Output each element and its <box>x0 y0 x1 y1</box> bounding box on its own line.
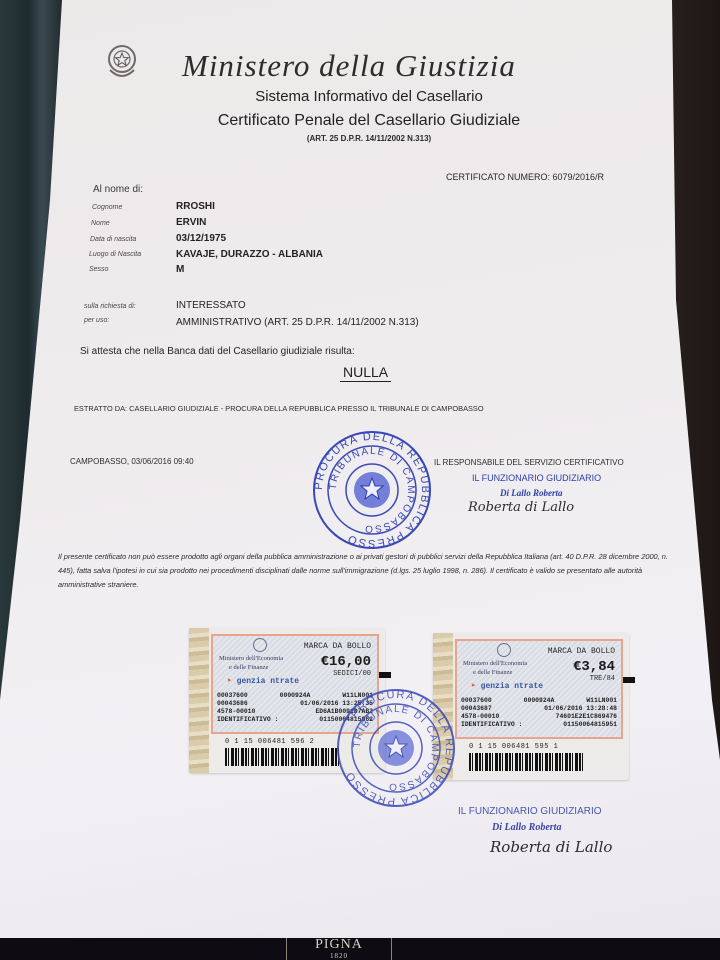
pigna-year-text: 1820 <box>287 952 391 960</box>
footer-stamp-name: Di Lallo Roberta <box>492 822 561 833</box>
stamp-marker <box>623 677 635 683</box>
agenzia-entrate-logo: ➤ genzia ntrate <box>227 676 299 686</box>
signatory-signature: Roberta di Lallo <box>468 500 574 515</box>
stamp-code: 0000924A <box>524 697 555 705</box>
revenue-stamp-amount-words: SEDICI/00 <box>333 670 371 678</box>
agency-name: genzia ntrate <box>237 677 299 686</box>
revenue-stamp-issuer: Ministero dell'Economia e delle Finanze <box>463 659 527 677</box>
revenue-stamp-issuer: Ministero dell'Economia e delle Finanze <box>219 654 283 672</box>
use-value: AMMINISTRATIVO (ART. 25 D.P.R. 14/11/200… <box>176 317 419 328</box>
pigna-notebook-label: PIGNA 1820 <box>286 938 392 960</box>
hologram-strip <box>189 628 209 773</box>
barcode <box>225 748 339 766</box>
issuer-line-2: e delle Finanze <box>463 668 527 677</box>
birth-place-label: Luogo di Nascita <box>89 251 141 258</box>
table-edge-background: PIGNA 1820 <box>0 938 720 960</box>
republic-emblem-icon <box>253 638 267 652</box>
signatory-stamp-name: Di Lallo Roberta <box>500 488 563 498</box>
stamp-code: 00043686 <box>217 700 248 708</box>
surname-value: RROSHI <box>176 201 215 212</box>
stamp-id-label: IDENTIFICATIVO : <box>461 721 522 729</box>
stamp-code: 00037600 <box>217 692 248 700</box>
barcode-number: 0 1 15 006481 596 2 <box>225 738 314 746</box>
court-seal-icon: PROCURA DELLA REPUBBLICA PRESSO TRIBUNAL… <box>310 428 434 552</box>
certificate-paper: Ministero della Giustizia Sistema Inform… <box>0 0 720 938</box>
attestation-result: NULLA <box>340 364 391 382</box>
revenue-stamp-title: MARCA DA BOLLO <box>304 642 371 651</box>
revenue-stamp-amount-words: TRE/84 <box>590 675 615 683</box>
stamp-datetime: 01/06/2016 13:28:48 <box>544 705 617 713</box>
barcode-number: 0 1 15 006481 595 1 <box>469 743 558 751</box>
barcode <box>469 753 583 771</box>
requested-by-value: INTERESSATO <box>176 300 246 311</box>
extract-source: ESTRATTO DA: CASELLARIO GIUDIZIALE - PRO… <box>74 404 484 413</box>
issuer-line-1: Ministero dell'Economia <box>463 659 527 668</box>
pigna-brand-text: PIGNA <box>315 937 363 952</box>
sex-label: Sesso <box>89 266 108 273</box>
attestation-text: Si attesta che nella Banca dati del Case… <box>80 346 355 357</box>
surname-label: Cognome <box>92 204 122 211</box>
stamp-code: 4578-00010 <box>461 713 499 721</box>
stamp-code: 0000924A <box>280 692 311 700</box>
birth-date-value: 03/12/1975 <box>176 233 226 244</box>
requested-by-label: sulla richiesta di: <box>84 303 136 310</box>
revenue-stamp-amount: €3,84 <box>573 659 615 675</box>
issuer-line-1: Ministero dell'Economia <box>219 654 283 663</box>
signatory-stamp-title: IL FUNZIONARIO GIUDIZIARIO <box>472 473 601 483</box>
subject-heading: Al nome di: <box>93 184 143 195</box>
system-title: Sistema Informativo del Casellario <box>0 88 720 105</box>
stamp-code: 4578-00010 <box>217 708 255 716</box>
sex-value: M <box>176 264 184 275</box>
use-label: per uso: <box>84 317 109 324</box>
revenue-stamp-title: MARCA DA BOLLO <box>548 647 615 656</box>
stamp-id-value: 01150064815951 <box>563 721 617 729</box>
agency-name: genzia ntrate <box>481 682 543 691</box>
footer-stamp-title: IL FUNZIONARIO GIUDIZIARIO <box>458 806 602 817</box>
revenue-stamp-face: Ministero dell'Economia e delle Finanze … <box>455 639 623 739</box>
italian-republic-emblem-icon <box>104 42 140 80</box>
certificate-title: Certificato Penale del Casellario Giudiz… <box>0 112 720 130</box>
first-name-value: ERVIN <box>176 217 206 228</box>
signatory-role: IL RESPONSABILE DEL SERVIZIO CERTIFICATI… <box>434 458 624 467</box>
stamp-code: 00037600 <box>461 697 492 705</box>
revenue-stamp-codes: 000376000000924AW11LN001 0004368701/06/2… <box>461 697 617 729</box>
republic-emblem-icon <box>497 643 511 657</box>
agenzia-entrate-logo: ➤ genzia ntrate <box>471 681 543 691</box>
stamp-hash: 74601E2E1C869476 <box>556 713 617 721</box>
revenue-stamp: Ministero dell'Economia e delle Finanze … <box>433 633 629 780</box>
first-name-label: Nome <box>91 220 110 227</box>
revenue-stamp-amount: €16,00 <box>321 654 371 670</box>
ministry-title: Ministero della Giustizia <box>182 48 516 84</box>
stamp-marker <box>379 672 391 678</box>
legal-reference: (ART. 25 D.P.R. 14/11/2002 N.313) <box>0 134 720 143</box>
footer-signature: Roberta di Lallo <box>490 838 612 856</box>
disclaimer-text: Il presente certificato non può essere p… <box>58 550 678 592</box>
birth-place-value: KAVAJE, DURAZZO - ALBANIA <box>176 249 323 260</box>
issuer-line-2: e delle Finanze <box>219 663 283 672</box>
issue-place-date: CAMPOBASSO, 03/06/2016 09:40 <box>70 457 194 466</box>
certificate-number: CERTIFICATO NUMERO: 6079/2016/R <box>446 172 604 182</box>
stamp-code: 00043687 <box>461 705 492 713</box>
birth-date-label: Data di nascita <box>90 236 136 243</box>
stamp-code: W11LN001 <box>586 697 617 705</box>
court-seal-icon: PROCURA DELLA REPUBBLICA PRESSO TRIBUNAL… <box>334 686 458 810</box>
stamp-id-label: IDENTIFICATIVO : <box>217 716 278 724</box>
